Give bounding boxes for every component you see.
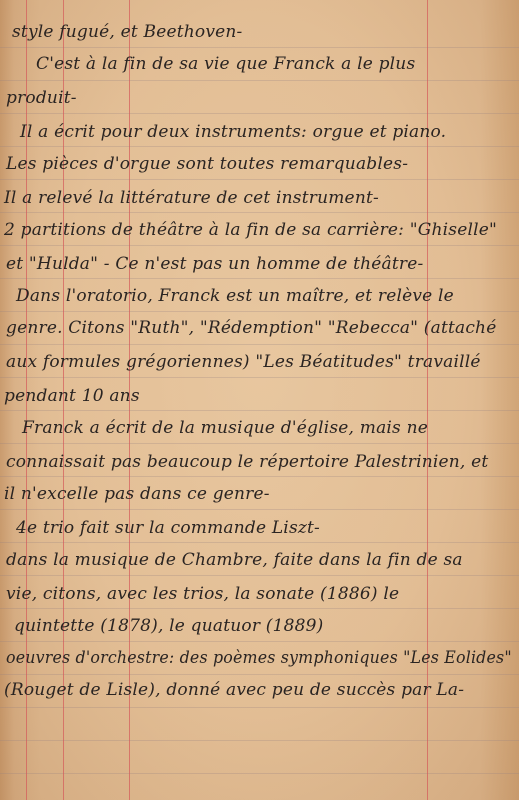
rule-line xyxy=(0,80,519,81)
text-line: style fugué, et Beethoven- xyxy=(12,22,242,42)
text-line: Franck a écrit de la musique d'église, m… xyxy=(22,418,428,438)
text-line: 2 partitions de théâtre à la fin de sa c… xyxy=(4,220,497,240)
rule-line xyxy=(0,509,519,510)
text-line: Dans l'oratorio, Franck est un maître, e… xyxy=(16,286,454,306)
rule-line xyxy=(0,575,519,576)
rule-line xyxy=(0,674,519,675)
text-line: 4e trio fait sur la commande Liszt- xyxy=(16,518,320,538)
rule-line xyxy=(0,113,519,114)
rule-line xyxy=(0,443,519,444)
text-line: vie, citons, avec les trios, la sonate (… xyxy=(6,584,399,604)
rule-line xyxy=(0,245,519,246)
text-line: aux formules grégoriennes) "Les Béatitud… xyxy=(6,352,481,372)
text-line: produit- xyxy=(6,88,77,108)
text-line: genre. Citons "Ruth", "Rédemption" "Rebe… xyxy=(6,318,496,338)
rule-line xyxy=(0,344,519,345)
rule-line xyxy=(0,47,519,48)
text-line: Il a écrit pour deux instruments: orgue … xyxy=(20,122,446,142)
text-line: C'est à la fin de sa vie que Franck a le… xyxy=(36,54,415,74)
text-line: (Rouget de Lisle), donné avec peu de suc… xyxy=(4,680,464,700)
rule-line xyxy=(0,542,519,543)
rule-line xyxy=(0,311,519,312)
rule-line xyxy=(0,179,519,180)
rule-line xyxy=(0,377,519,378)
rule-line xyxy=(0,707,519,708)
text-line: et "Hulda" - Ce n'est pas un homme de th… xyxy=(6,254,423,274)
text-line: il n'excelle pas dans ce genre- xyxy=(4,484,270,504)
rule-line xyxy=(0,740,519,741)
rule-line xyxy=(0,410,519,411)
text-line: Il a relevé la littérature de cet instru… xyxy=(4,188,379,208)
text-line: dans la musique de Chambre, faite dans l… xyxy=(6,550,463,570)
text-line: quintette (1878), le quatuor (1889) xyxy=(14,616,324,636)
text-line: connaissait pas beaucoup le répertoire P… xyxy=(6,452,488,472)
rule-line xyxy=(0,212,519,213)
rule-line xyxy=(0,641,519,642)
notebook-page: style fugué, et Beethoven- C'est à la fi… xyxy=(0,0,519,800)
text-line: pendant 10 ans xyxy=(4,386,140,406)
text-line: Les pièces d'orgue sont toutes remarquab… xyxy=(6,154,408,174)
rule-line xyxy=(0,278,519,279)
rule-line xyxy=(0,146,519,147)
text-line: oeuvres d'orchestre: des poèmes symphoni… xyxy=(6,648,512,668)
rule-line xyxy=(0,608,519,609)
rule-line xyxy=(0,476,519,477)
rule-line xyxy=(0,773,519,774)
